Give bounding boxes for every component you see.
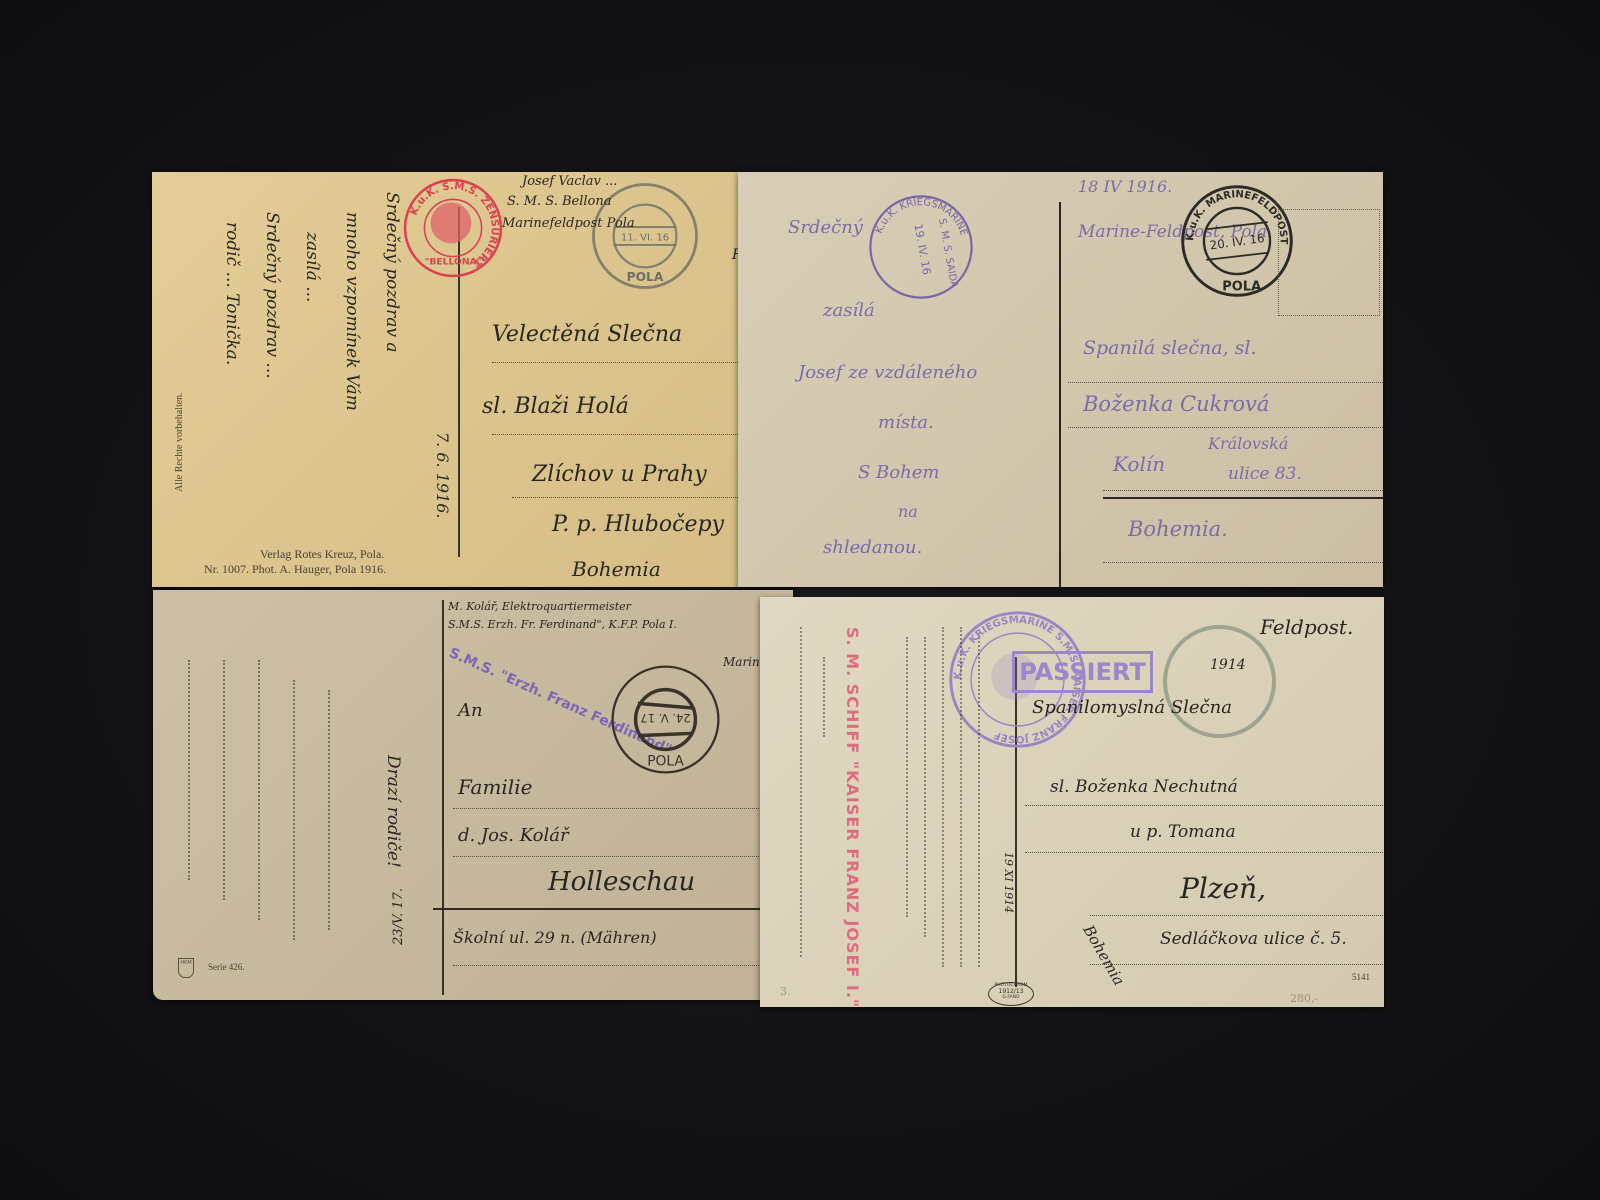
- publisher-line-2: Nr. 1007. Phot. A. Hauger, Pola 1916.: [204, 562, 386, 577]
- svg-text:20. IV. 16: 20. IV. 16: [1209, 231, 1265, 253]
- message-line: Srdečný pozdrav ...: [262, 212, 282, 379]
- sender-line: Marinefeldpost Pola: [502, 216, 635, 231]
- sender-line: S.M.S. Erzh. Fr. Ferdinand", K.F.P. Pola…: [448, 618, 677, 631]
- address-rule: [1090, 964, 1384, 965]
- address-rule: [1068, 427, 1383, 428]
- message-line: Srdečný pozdrav a: [382, 192, 402, 353]
- message-line: S Bohem: [858, 462, 939, 483]
- address-line: Holleschau: [548, 867, 695, 897]
- postcard-bottom-left: M. Kolář, Elektroquartiermeister S.M.S. …: [153, 590, 793, 1000]
- address-line: Zlíchov u Prahy: [532, 462, 707, 487]
- address-line: Plzeň,: [1180, 872, 1266, 905]
- date: 7. 6. 1916.: [433, 432, 452, 519]
- pencil-price: 280,-: [1290, 992, 1318, 1005]
- message-line: shledanou.: [823, 537, 922, 558]
- sender-line: Josef Vaclav ...: [522, 174, 617, 189]
- postmark-faint: [1163, 625, 1276, 738]
- address-rule: [453, 965, 793, 966]
- region: Bohemia: [1079, 922, 1128, 989]
- postcard-bottom-right: S. M. SCHIFF "KAISER FRANZ JOSEF I." K.u…: [760, 597, 1384, 1007]
- address-rule: [453, 808, 793, 809]
- postmark-pola: 24. V. 17 POLA: [608, 662, 723, 777]
- pencil-note: 3.: [780, 985, 791, 998]
- feldpost-label: Feldpost.: [1260, 615, 1353, 639]
- address-line: Velectěná Slečna: [492, 322, 682, 347]
- address-rule: [1068, 382, 1383, 383]
- address-line: Boženka Cukrová: [1083, 392, 1269, 416]
- message-block-left: [795, 627, 855, 957]
- photochrom-mark: PHOTOCHROM 1912/13 G.FANO: [988, 982, 1034, 1006]
- message-line: mnoho vzpomínek Vám: [342, 212, 362, 411]
- publisher-line-1: Verlag Rotes Kreuz, Pola.: [260, 547, 384, 562]
- postmark-saida: K.u.K. KRIEGSMARINE 19. IV. 16 S. M. S. …: [866, 192, 976, 302]
- year-note: 1914: [1210, 657, 1246, 673]
- address-line: Bohemia: [572, 557, 661, 581]
- postcard-top-right: K.u.K. KRIEGSMARINE 19. IV. 16 S. M. S. …: [738, 172, 1383, 587]
- publisher-logo: HKM: [178, 958, 194, 978]
- svg-text:POLA: POLA: [627, 270, 664, 284]
- sender-line: M. Kolář, Elektroquartiermeister: [448, 600, 631, 613]
- address-line: Královská: [1208, 434, 1288, 453]
- address-line: u p. Tomana: [1130, 822, 1236, 842]
- address-rule: [1103, 562, 1383, 563]
- svg-text:"BELLONA": "BELLONA": [425, 257, 482, 268]
- address-line: Familie: [458, 775, 532, 799]
- stamp-placeholder-box: [1278, 209, 1380, 316]
- date: 19 XI 1914: [1002, 852, 1015, 913]
- address-rule-solid: [1103, 497, 1383, 499]
- address-rule: [1090, 915, 1384, 916]
- message-line: rodič ... Tonička.: [222, 222, 242, 365]
- card-divider: [1059, 202, 1061, 587]
- address-line: Spanilomyslná Slečna: [1032, 697, 1232, 718]
- rights-notice: Alle Rechte vorbehalten.: [174, 392, 185, 492]
- date: 23/V. 17.: [391, 888, 406, 945]
- address-rule-solid: [433, 908, 793, 910]
- svg-text:POLA: POLA: [1222, 280, 1261, 295]
- address-line: Školní ul. 29 n. (Mähren): [453, 928, 657, 947]
- date: 18 IV 1916.: [1078, 177, 1172, 196]
- message-line: Drazí rodiče!: [383, 755, 403, 868]
- address-rule: [453, 856, 793, 857]
- message-block: [163, 650, 363, 950]
- photochrom-city: G.FANO: [989, 995, 1033, 1001]
- svg-text:24. V. 17: 24. V. 17: [640, 711, 690, 725]
- message-line: zasílá: [823, 300, 875, 321]
- censor-stamp-bellona: K.u.K. S.M.S. ZENSURIERT "BELLONA": [402, 177, 504, 279]
- series-number: Serie 426.: [208, 962, 245, 972]
- postcard-top-left: Alle Rechte vorbehalten. Verlag Rotes Kr…: [152, 172, 794, 587]
- message-line: místa.: [878, 412, 934, 433]
- card-divider: [442, 600, 444, 995]
- svg-text:19. IV. 16: 19. IV. 16: [911, 223, 933, 276]
- message-line: zasílá ...: [302, 232, 322, 302]
- address-line: ulice 83.: [1228, 464, 1302, 484]
- passiert-box: PASSIERT: [1012, 651, 1153, 693]
- svg-text:11. VI. 16: 11. VI. 16: [621, 232, 669, 243]
- message-line: Josef ze vzdáleného: [798, 362, 977, 383]
- message-line: Srdečný: [788, 217, 863, 238]
- address-line: sl. Boženka Nechutná: [1050, 777, 1238, 797]
- sender-line: S. M. S. Bellona: [507, 194, 612, 209]
- svg-text:POLA: POLA: [647, 754, 684, 770]
- address-line: d. Jos. Kolář: [458, 825, 569, 846]
- address-line: An: [458, 700, 483, 721]
- address-line: Kolín: [1113, 452, 1165, 476]
- address-rule: [1025, 852, 1384, 853]
- message-line: na: [898, 502, 918, 521]
- address-rule: [1103, 490, 1383, 491]
- message-block: [890, 617, 1000, 987]
- address-line: Spanilá slečna, sl.: [1083, 337, 1257, 359]
- address-line: Bohemia.: [1128, 517, 1228, 541]
- address-line: Sedláčkova ulice č. 5.: [1160, 929, 1347, 949]
- address-line: P. p. Hlubočepy: [552, 512, 724, 537]
- card-number: 5141: [1352, 972, 1370, 982]
- address-line: sl. Blaži Holá: [482, 394, 629, 419]
- address-rule: [1025, 805, 1384, 806]
